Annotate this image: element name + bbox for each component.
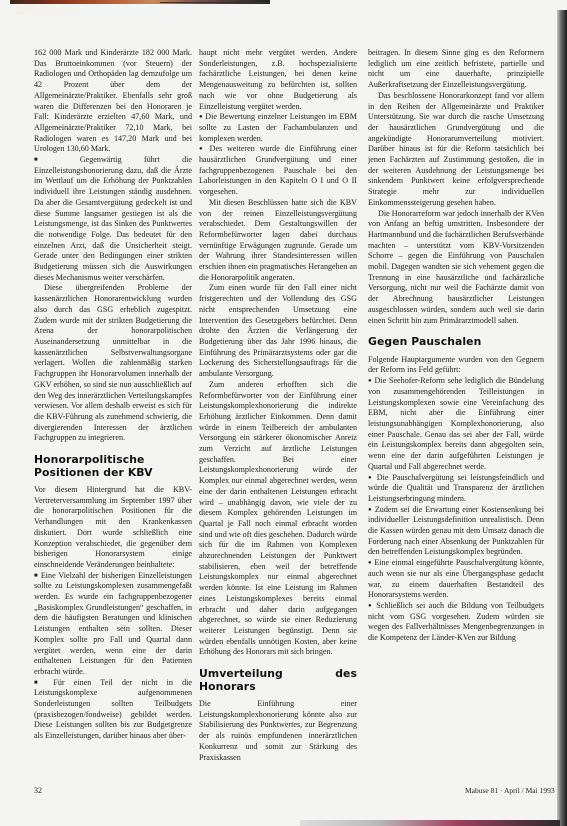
paragraph: Mit diesen Beschlüssen hatte sich die KB… (199, 198, 357, 284)
column-middle: haupt nicht mehr vergütet werden. Andere… (199, 48, 357, 763)
bullet-paragraph: Die Pauschalvergütung sei leistungsfeind… (368, 473, 544, 505)
bullet-paragraph: Zudem sei die Erwartung einer Kostensenk… (368, 505, 544, 559)
bullet-paragraph: Eine Vielzahl der bisherigen Einzelleist… (34, 571, 192, 678)
paragraph: Das beschlossene Honorarkonzept fand vor… (368, 91, 544, 209)
page-number: 32 (34, 786, 42, 795)
paragraph: Vor diesem Hintergrund hat die KBV-Vertr… (34, 485, 192, 571)
column-right: beitragen. In diesem Sinne ging es den R… (368, 48, 544, 644)
scan-top-tint (16, 5, 161, 15)
bullet-paragraph: Eine einmal eingeführte Pauschalvergütun… (368, 558, 544, 601)
section-heading: Gegen Pauschalen (368, 336, 544, 349)
paragraph: Zum anderen erhofften sich die Reformbef… (199, 380, 357, 658)
paragraph: Folgende Hauptargumente wurden von den G… (368, 355, 544, 376)
scan-bottom-edge (300, 820, 560, 826)
section-heading: Honorarpolitische Positionen der KBV (34, 454, 192, 479)
section-heading: Umverteilung des Honorars (199, 668, 357, 693)
paragraph: Die Einführung einer Leistungskomplexhon… (199, 699, 357, 763)
bullet-paragraph: Die Bewertung einzelner Leistungen im EB… (199, 112, 357, 144)
footer-source: Mabuse 81 · April / Mai 1993 (465, 786, 555, 795)
bullet-paragraph: Die Seehofer-Reform sehe lediglich die B… (368, 376, 544, 472)
paragraph: beitragen. In diesem Sinne ging es den R… (368, 48, 544, 91)
paragraph: 162 000 Mark und Kinderärzte 182 000 Mar… (34, 48, 192, 155)
paragraph: Die Honorarreform war jedoch innerhalb d… (368, 209, 544, 327)
scan-top-line (160, 2, 270, 3)
bullet-paragraph: Des weiteren wurde die Einführung einer … (199, 144, 357, 198)
column-left: 162 000 Mark und Kinderärzte 182 000 Mar… (34, 48, 192, 742)
paragraph: Zum einen wurde für den Fall einer nicht… (199, 283, 357, 379)
bullet-paragraph: Gegenwärtig führt die Einzelleistungshon… (34, 155, 192, 283)
paragraph: Diese übergreifenden Probleme der kassen… (34, 283, 192, 444)
bullet-paragraph: Für einen Teil der nicht in die Leistung… (34, 678, 192, 742)
bullet-paragraph: Schließlich sei auch die Bildung von Tei… (368, 601, 544, 644)
magazine-page: 162 000 Mark und Kinderärzte 182 000 Mar… (34, 48, 559, 788)
paragraph: haupt nicht mehr vergütet werden. Andere… (199, 48, 357, 112)
